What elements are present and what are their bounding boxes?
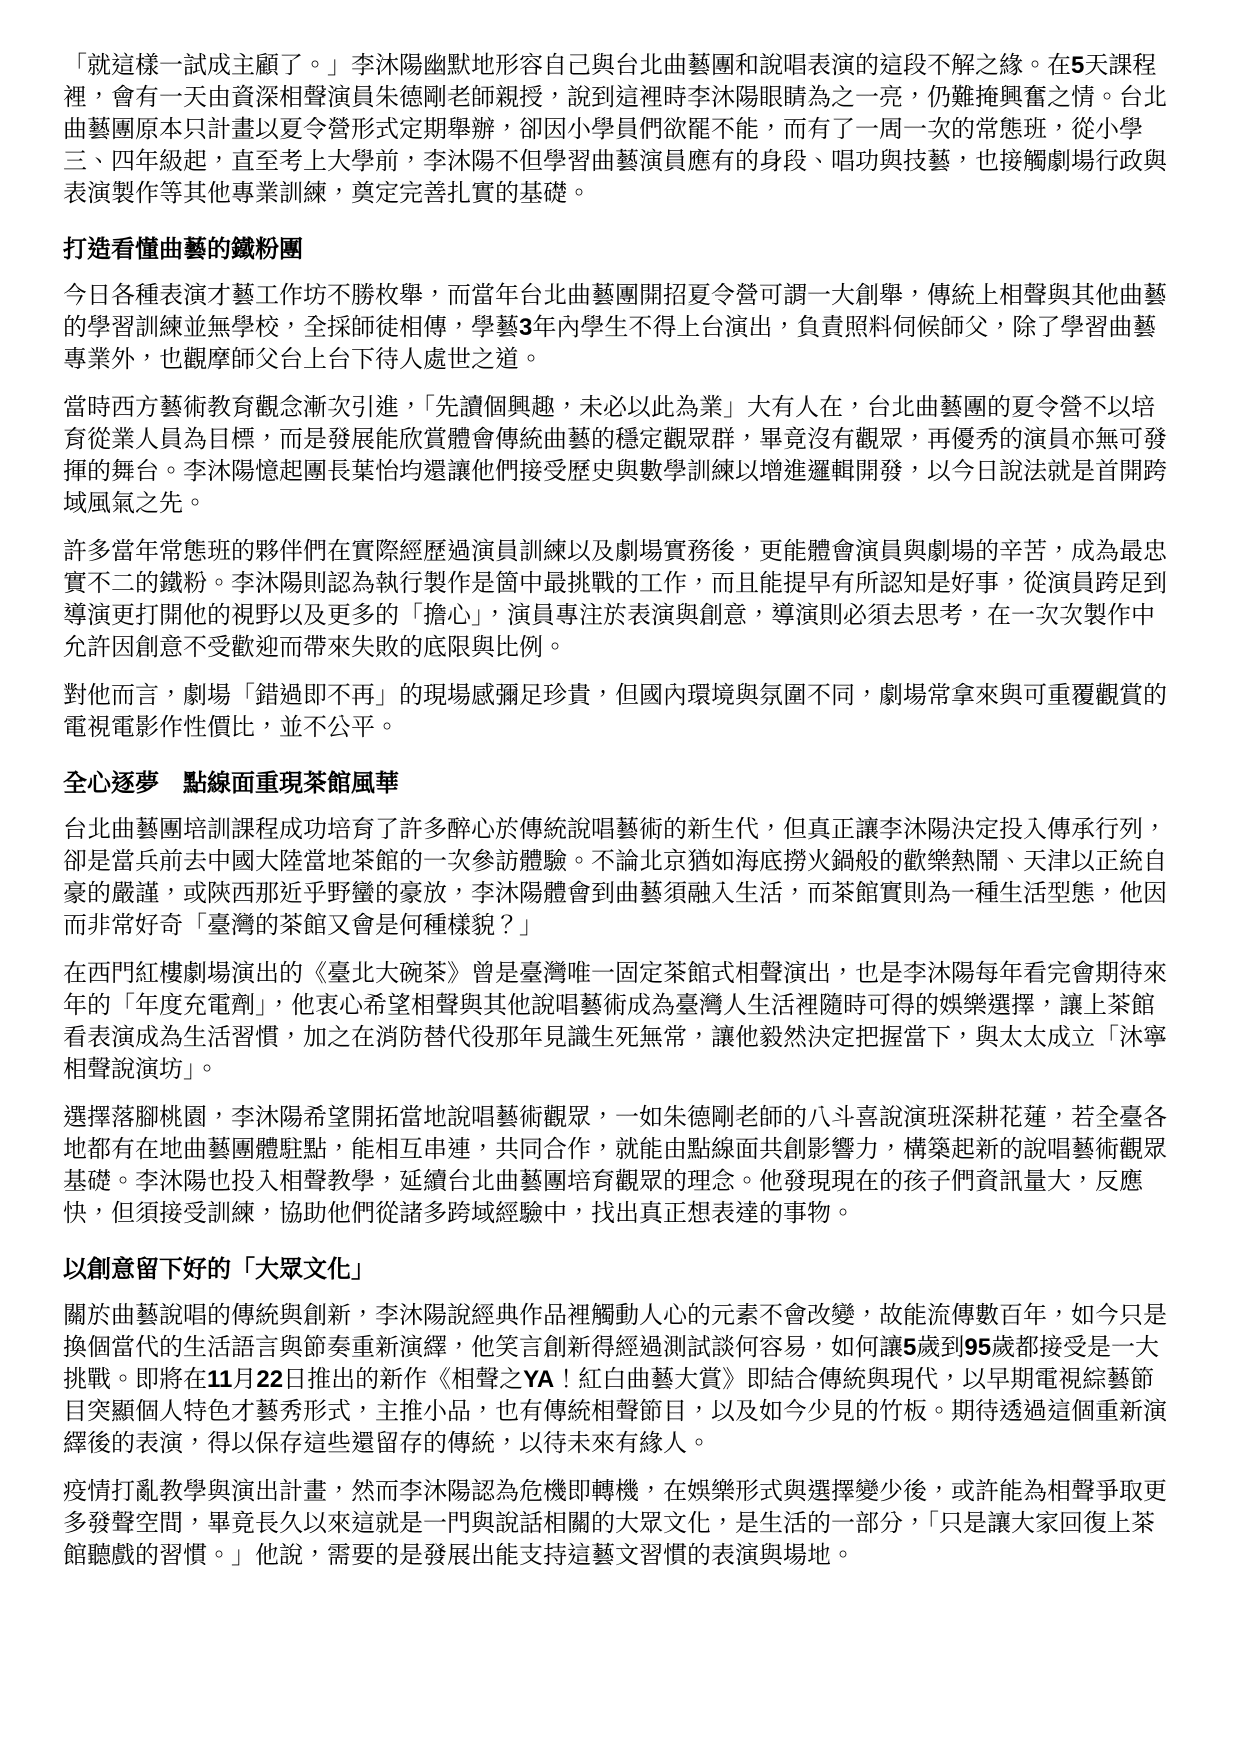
bold-number: YA xyxy=(523,1366,554,1393)
paragraph: 關於曲藝說唱的傳統與創新，李沐陽說經典作品裡觸動人心的元素不會改變，故能流傳數百… xyxy=(63,1300,1177,1460)
paragraph: 台北曲藝團培訓課程成功培育了許多醉心於傳統說唱藝術的新生代，但真正讓李沐陽決定投… xyxy=(63,814,1177,942)
paragraph: 疫情打亂教學與演出計畫，然而李沐陽認為危機即轉機，在娛樂形式與選擇變少後，或許能… xyxy=(63,1476,1177,1572)
section-heading: 全心逐夢 點線面重現茶館風華 xyxy=(63,768,1177,800)
bold-number: 95 xyxy=(964,1334,991,1361)
bold-number: 22 xyxy=(256,1366,283,1393)
paragraph: 對他而言，劇場「錯過即不再」的現場感彌足珍貴，但國內環境與氛圍不同，劇場常拿來與… xyxy=(63,680,1177,744)
article-body: 「就這樣一試成主顧了。」李沐陽幽默地形容自己與台北曲藝團和說唱表演的這段不解之緣… xyxy=(63,50,1177,1572)
paragraph: 許多當年常態班的夥伴們在實際經歷過演員訓練以及劇場實務後，更能體會演員與劇場的辛… xyxy=(63,536,1177,664)
paragraph: 「就這樣一試成主顧了。」李沐陽幽默地形容自己與台北曲藝團和說唱表演的這段不解之緣… xyxy=(63,50,1177,210)
section-heading: 打造看懂曲藝的鐵粉團 xyxy=(63,234,1177,266)
section-heading: 以創意留下好的「大眾文化」 xyxy=(63,1254,1177,1286)
bold-number: 11 xyxy=(207,1366,232,1393)
paragraph: 當時西方藝術教育觀念漸次引進，「先讀個興趣，未必以此為業」大有人在，台北曲藝團的… xyxy=(63,392,1177,520)
document-page: 「就這樣一試成主顧了。」李沐陽幽默地形容自己與台北曲藝團和說唱表演的這段不解之緣… xyxy=(0,0,1240,1754)
bold-number: 5 xyxy=(1071,52,1084,79)
paragraph: 選擇落腳桃園，李沐陽希望開拓當地說唱藝術觀眾，一如朱德剛老師的八斗喜說演班深耕花… xyxy=(63,1102,1177,1230)
paragraph: 在西門紅樓劇場演出的《臺北大碗茶》曾是臺灣唯一固定茶館式相聲演出，也是李沐陽每年… xyxy=(63,958,1177,1086)
paragraph: 今日各種表演才藝工作坊不勝枚舉，而當年台北曲藝團開招夏令營可謂一大創舉，傳統上相… xyxy=(63,280,1177,376)
bold-number: 5 xyxy=(903,1334,916,1361)
bold-number: 3 xyxy=(519,314,532,341)
